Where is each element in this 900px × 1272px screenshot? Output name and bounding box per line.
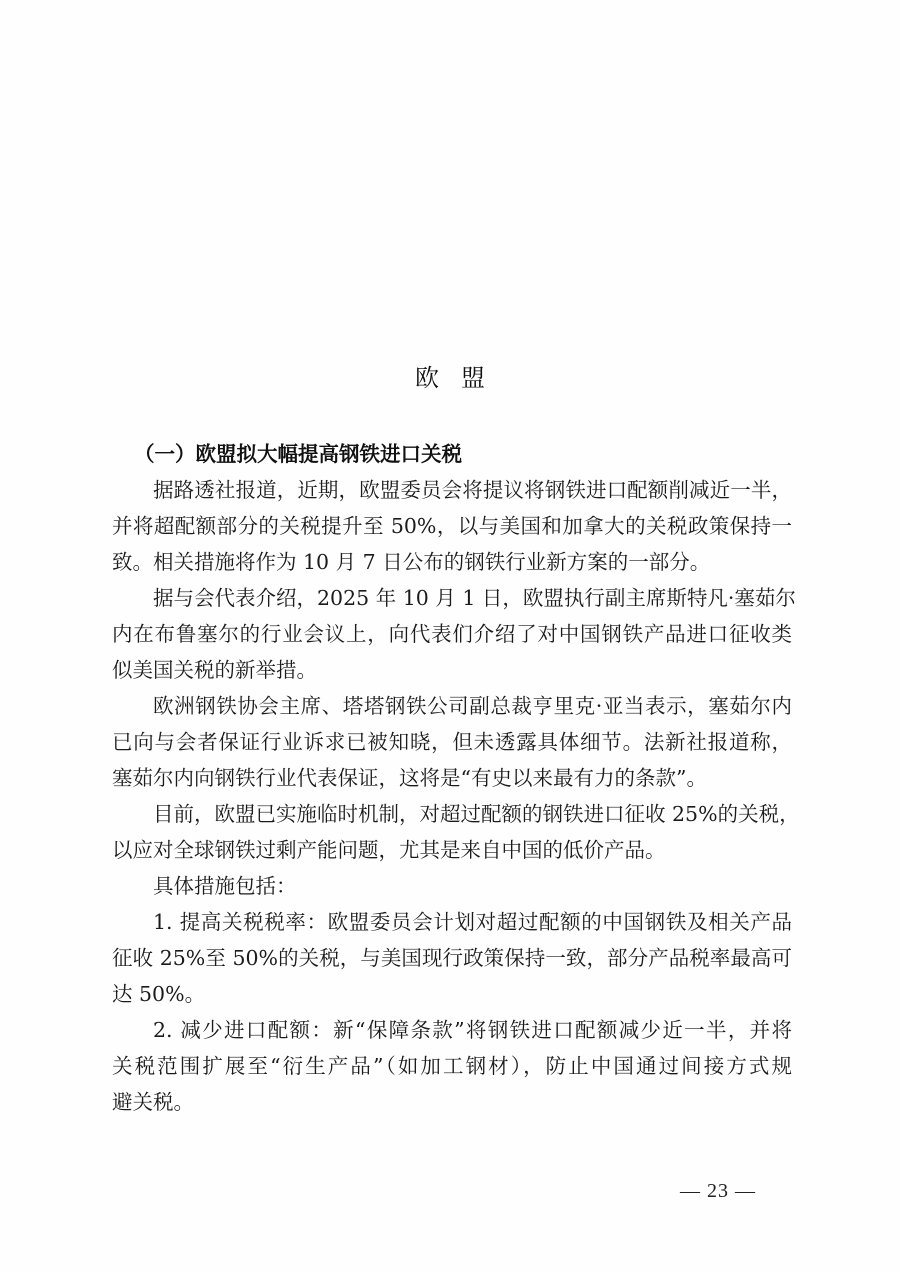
paragraph-line: 致。相关措施将作为 10 月 7 日公布的钢铁行业新方案的一部分。 — [112, 544, 792, 580]
paragraph-line: 征收 25%至 50%的关税，与美国现行政策保持一致，部分产品税率最高可 — [112, 940, 792, 976]
page-title: 欧盟 — [0, 358, 900, 393]
paragraph-line: 欧洲钢铁协会主席、塔塔钢铁公司副总裁亨里克·亚当表示，塞茹尔内 — [153, 688, 792, 724]
paragraph-line: 以应对全球钢铁过剩产能问题，尤其是来自中国的低价产品。 — [112, 832, 792, 868]
paragraph-line: 避关税。 — [112, 1084, 792, 1120]
paragraph-line: 内在布鲁塞尔的行业会议上，向代表们介绍了对中国钢铁产品进口征收类 — [112, 616, 792, 652]
paragraph-line: 达 50%。 — [112, 976, 792, 1012]
paragraph-line: 似美国关税的新举措。 — [112, 652, 792, 688]
paragraph-line: 目前，欧盟已实施临时机制，对超过配额的钢铁进口征收 25%的关税， — [153, 796, 792, 832]
paragraph-line: 塞茹尔内向钢铁行业代表保证，这将是“有史以来最有力的条款”。 — [112, 760, 792, 796]
paragraph-line: 并将超配额部分的关税提升至 50%，以与美国和加拿大的关税政策保持一 — [112, 508, 792, 544]
paragraph-line: 具体措施包括： — [153, 868, 792, 904]
paragraph-line: 已向与会者保证行业诉求已被知晓，但未透露具体细节。法新社报道称， — [112, 724, 792, 760]
paragraph-line: 据路透社报道，近期，欧盟委员会将提议将钢铁进口配额削减近一半， — [153, 472, 792, 508]
page-number: — 23 — — [680, 1180, 756, 1203]
paragraph-line: 据与会代表介绍，2025 年 10 月 1 日，欧盟执行副主席斯特凡·塞茹尔 — [153, 580, 792, 616]
section-heading: （一）欧盟拟大幅提高钢铁进口关税 — [134, 436, 462, 472]
paragraph-line: 关税范围扩展至“衍生产品”（如加工钢材），防止中国通过间接方式规 — [112, 1048, 792, 1084]
paragraph-line: 1. 提高关税税率：欧盟委员会计划对超过配额的中国钢铁及相关产品 — [153, 904, 792, 940]
paragraph-line: 2. 减少进口配额：新“保障条款”将钢铁进口配额减少近一半，并将 — [153, 1012, 792, 1048]
document-page: 欧盟 （一）欧盟拟大幅提高钢铁进口关税 据路透社报道，近期，欧盟委员会将提议将钢… — [0, 0, 900, 1272]
